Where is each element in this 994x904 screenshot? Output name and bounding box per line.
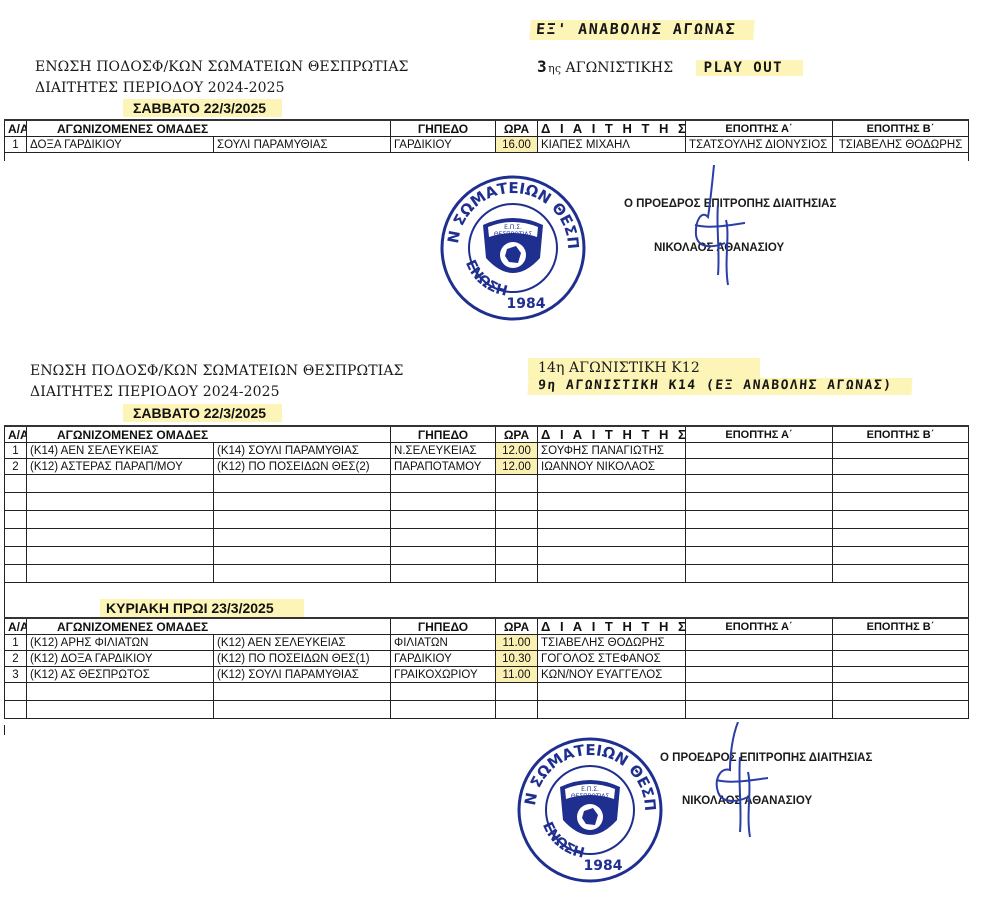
empty-row xyxy=(5,683,969,701)
kickoff-time: 10.30 xyxy=(496,651,538,667)
row-number: 2 xyxy=(5,651,27,667)
assistant-b xyxy=(833,667,969,683)
away-team: (Κ12) ΣΟΥΛΙ ΠΑΡΑΜΥΘΙΑΣ xyxy=(214,667,391,683)
empty-cell xyxy=(538,701,686,719)
table-header: Α/ΑΑΓΩΝΙΖΟΜΕΝΕΣ ΟΜΑΔΕΣΓΗΠΕΔΟΩΡΑΔ Ι Α Ι Τ… xyxy=(5,618,969,635)
row-number: 1 xyxy=(5,443,27,459)
header-stadium: ΓΗΠΕΔΟ xyxy=(391,426,496,443)
day-label-saturday-1: ΣΑΒΒΑΤΟ 22/3/2025 xyxy=(123,99,282,117)
empty-row xyxy=(5,565,969,583)
empty-cell xyxy=(496,493,538,511)
table-continuation-lines xyxy=(4,153,969,161)
header-assistant-b: ΕΠΟΠΤΗΣ Β΄ xyxy=(833,120,969,137)
empty-cell xyxy=(686,475,833,493)
assistant-a xyxy=(686,667,833,683)
empty-cell xyxy=(391,493,496,511)
table-header: Α/ΑΑΓΩΝΙΖΟΜΕΝΕΣ ΟΜΑΔΕΣΓΗΠΕΔΟΩΡΑΔ Ι Α Ι Τ… xyxy=(5,426,969,443)
empty-cell xyxy=(538,493,686,511)
empty-cell xyxy=(5,529,27,547)
empty-cell xyxy=(496,547,538,565)
postponed-match-note: ΕΞ' ΑΝΑΒΟΛΗΣ ΑΓΩΝΑΣ xyxy=(529,20,754,40)
empty-cell xyxy=(214,493,391,511)
referee: ΤΣΙΑΒΕΛΗΣ ΘΟΔΩΡΗΣ xyxy=(538,635,686,651)
empty-cell xyxy=(833,511,969,529)
header-time: ΩΡΑ xyxy=(496,618,538,635)
empty-cell xyxy=(27,683,214,701)
empty-cell xyxy=(496,565,538,583)
assistant-b xyxy=(833,443,969,459)
empty-cell xyxy=(5,547,27,565)
away-team: (Κ14) ΣΟΥΛΙ ΠΑΡΑΜΥΘΙΑΣ xyxy=(214,443,391,459)
empty-cell xyxy=(214,511,391,529)
empty-cell xyxy=(214,701,391,719)
header-referee: Δ Ι Α Ι Τ Η Τ Η Σ xyxy=(538,120,686,137)
table-row: 1ΔΟΞΑ ΓΑΡΔΙΚΙΟΥΣΟΥΛΙ ΠΑΡΑΜΥΘΙΑΣΓΑΡΔΙΚΙΟΥ… xyxy=(5,137,969,153)
empty-cell xyxy=(214,565,391,583)
kickoff-time: 11.00 xyxy=(496,667,538,683)
org-title-2: ΕΝΩΣΗ ΠΟΔΟΣΦ/ΚΩΝ ΣΩΜΑΤΕΙΩΝ ΘΕΣΠΡΩΤΙΑΣ xyxy=(30,361,404,382)
empty-cell xyxy=(686,529,833,547)
empty-cell xyxy=(833,547,969,565)
table-header: Α/ΑΑΓΩΝΙΖΟΜΕΝΕΣ ΟΜΑΔΕΣΓΗΠΕΔΟΩΡΑΔ Ι Α Ι Τ… xyxy=(5,120,969,137)
empty-cell xyxy=(538,529,686,547)
table-row: 2(Κ12) ΑΣΤΕΡΑΣ ΠΑΡΑΠ/ΜΟΥ(Κ12) ΠΟ ΠΟΣΕΙΔΩ… xyxy=(5,459,969,475)
svg-text:ΘΕΣΠΡΩΤΙΑΣ: ΘΕΣΠΡΩΤΙΑΣ xyxy=(494,231,533,238)
stadium: ΠΑΡΑΠΟΤΑΜΟΥ xyxy=(391,459,496,475)
empty-cell xyxy=(391,529,496,547)
round-label: 3ης ΑΓΩΝΙΣΤΙΚΗΣ PLAY OUT xyxy=(537,57,803,79)
empty-cell xyxy=(686,547,833,565)
stadium: ΦΙΛΙΑΤΩΝ xyxy=(391,635,496,651)
assistant-b xyxy=(833,459,969,475)
empty-cell xyxy=(5,565,27,583)
empty-cell xyxy=(5,475,27,493)
header-time: ΩΡΑ xyxy=(496,120,538,137)
empty-cell xyxy=(538,683,686,701)
org-title: ΕΝΩΣΗ ΠΟΔΟΣΦ/ΚΩΝ ΣΩΜΑΤΕΙΩΝ ΘΕΣΠΡΩΤΙΑΣ xyxy=(35,57,409,78)
empty-cell xyxy=(833,529,969,547)
table-row: 1(Κ14) ΑΕΝ ΣΕΛΕΥΚΕΙΑΣ(Κ14) ΣΟΥΛΙ ΠΑΡΑΜΥΘ… xyxy=(5,443,969,459)
empty-cell xyxy=(27,565,214,583)
home-team: (Κ12) ΔΟΞΑ ΓΑΡΔΙΚΙΟΥ xyxy=(27,651,214,667)
empty-cell xyxy=(686,493,833,511)
empty-row xyxy=(5,701,969,719)
empty-cell xyxy=(833,565,969,583)
empty-cell xyxy=(538,565,686,583)
assistant-a xyxy=(686,635,833,651)
row-number: 1 xyxy=(5,137,27,153)
home-team: (Κ14) ΑΕΝ ΣΕΛΕΥΚΕΙΑΣ xyxy=(27,443,214,459)
referee: ΓΟΓΟΛΟΣ ΣΤΕΦΑΝΟΣ xyxy=(538,651,686,667)
empty-cell xyxy=(27,511,214,529)
svg-text:Ε.Π.Σ.: Ε.Π.Σ. xyxy=(581,786,599,793)
svg-text:1984: 1984 xyxy=(584,858,623,874)
empty-cell xyxy=(391,565,496,583)
referee: ΣΟΥΦΗΣ ΠΑΝΑΓΙΩΤΗΣ xyxy=(538,443,686,459)
away-team: (Κ12) ΠΟ ΠΟΣΕΙΔΩΝ ΘΕΣ(1) xyxy=(214,651,391,667)
round-number: 3 xyxy=(537,57,548,76)
empty-row xyxy=(5,475,969,493)
kickoff-time: 16.00 xyxy=(496,137,538,153)
empty-cell xyxy=(496,475,538,493)
home-team: (Κ12) ΑΡΗΣ ΦΙΛΙΑΤΩΝ xyxy=(27,635,214,651)
header-no: Α/Α xyxy=(5,426,27,443)
empty-cell xyxy=(686,565,833,583)
schedule-table-sunday: Α/ΑΑΓΩΝΙΖΟΜΕΝΕΣ ΟΜΑΔΕΣΓΗΠΕΔΟΩΡΑΔ Ι Α Ι Τ… xyxy=(4,617,969,719)
empty-cell xyxy=(214,475,391,493)
round-k14-note: 9η ΑΓΩΝΙΣΤΙΚΗ Κ14 (ΕΞ ΑΝΑΒΟΛΗΣ ΑΓΩΝΑΣ) xyxy=(527,378,913,395)
header-referee: Δ Ι Α Ι Τ Η Τ Η Σ xyxy=(538,426,686,443)
away-team: (Κ12) ΠΟ ΠΟΣΕΙΔΩΝ ΘΕΣ(2) xyxy=(214,459,391,475)
header-stadium: ΓΗΠΕΔΟ xyxy=(391,120,496,137)
header-assistant-a: ΕΠΟΠΤΗΣ Α΄ xyxy=(686,618,833,635)
empty-cell xyxy=(686,511,833,529)
stadium: Ν.ΣΕΛΕΥΚΕΙΑΣ xyxy=(391,443,496,459)
signature-scribble xyxy=(690,165,750,290)
empty-cell xyxy=(214,683,391,701)
empty-cell xyxy=(833,701,969,719)
stadium: ΓΑΡΔΙΚΙΟΥ xyxy=(391,651,496,667)
empty-row xyxy=(5,493,969,511)
empty-cell xyxy=(833,683,969,701)
svg-text:Ε.Π.Σ.: Ε.Π.Σ. xyxy=(504,224,522,231)
schedule-table-saturday: Α/ΑΑΓΩΝΙΖΟΜΕΝΕΣ ΟΜΑΔΕΣΓΗΠΕΔΟΩΡΑΔ Ι Α Ι Τ… xyxy=(4,425,969,583)
empty-cell xyxy=(391,701,496,719)
season-title: ΔΙΑΙΤΗΤΕΣ ΠΕΡΙΟΔΟΥ 2024-2025 xyxy=(35,78,285,99)
empty-row xyxy=(5,511,969,529)
kickoff-time: 12.00 xyxy=(496,459,538,475)
empty-cell xyxy=(391,475,496,493)
play-out-note: PLAY OUT xyxy=(696,60,803,76)
empty-cell xyxy=(496,511,538,529)
day-label-saturday-2: ΣΑΒΒΑΤΟ 22/3/2025 xyxy=(123,404,282,422)
empty-cell xyxy=(214,529,391,547)
schedule-table-playout: Α/ΑΑΓΩΝΙΖΟΜΕΝΕΣ ΟΜΑΔΕΣΓΗΠΕΔΟΩΡΑΔ Ι Α Ι Τ… xyxy=(4,119,969,153)
home-team: (Κ12) ΑΣΤΕΡΑΣ ΠΑΡΑΠ/ΜΟΥ xyxy=(27,459,214,475)
assistant-b xyxy=(833,651,969,667)
referee: ΚΩΝ/ΝΟΥ ΕΥΑΓΓΕΛΟΣ xyxy=(538,667,686,683)
empty-cell xyxy=(391,547,496,565)
empty-cell xyxy=(833,475,969,493)
header-assistant-a: ΕΠΟΠΤΗΣ Α΄ xyxy=(686,120,833,137)
stadium: ΓΑΡΔΙΚΙΟΥ xyxy=(391,137,496,153)
day-label-sunday: ΚΥΡΙΑΚΗ ΠΡΩΙ 23/3/2025 xyxy=(100,599,304,617)
header-assistant-a: ΕΠΟΠΤΗΣ Α΄ xyxy=(686,426,833,443)
empty-cell xyxy=(214,547,391,565)
header-referee: Δ Ι Α Ι Τ Η Τ Η Σ xyxy=(538,618,686,635)
header-time: ΩΡΑ xyxy=(496,426,538,443)
empty-cell xyxy=(496,529,538,547)
header-teams: ΑΓΩΝΙΖΟΜΕΝΕΣ ΟΜΑΔΕΣ xyxy=(27,120,391,137)
assistant-a: ΤΣΑΤΣΟΥΛΗΣ ΔΙΟΝΥΣΙΟΣ xyxy=(686,137,833,153)
empty-cell xyxy=(538,511,686,529)
empty-row xyxy=(5,547,969,565)
empty-cell xyxy=(391,683,496,701)
away-team: (Κ12) ΑΕΝ ΣΕΛΕΥΚΕΙΑΣ xyxy=(214,635,391,651)
empty-cell xyxy=(5,701,27,719)
row-number: 1 xyxy=(5,635,27,651)
home-team: ΔΟΞΑ ΓΑΡΔΙΚΙΟΥ xyxy=(27,137,214,153)
header-teams: ΑΓΩΝΙΖΟΜΕΝΕΣ ΟΜΑΔΕΣ xyxy=(27,618,391,635)
table-row: 2(Κ12) ΔΟΞΑ ΓΑΡΔΙΚΙΟΥ(Κ12) ΠΟ ΠΟΣΕΙΔΩΝ Θ… xyxy=(5,651,969,667)
assistant-a xyxy=(686,459,833,475)
referee: ΙΩΑΝΝΟΥ ΝΙΚΟΛΑΟΣ xyxy=(538,459,686,475)
empty-cell xyxy=(391,511,496,529)
kickoff-time: 11.00 xyxy=(496,635,538,651)
empty-cell xyxy=(833,493,969,511)
round-k12: 14η ΑΓΩΝΙΣΤΙΚΗ Κ12 xyxy=(528,358,760,379)
assistant-b xyxy=(833,635,969,651)
empty-cell xyxy=(5,511,27,529)
empty-cell xyxy=(538,547,686,565)
header-assistant-b: ΕΠΟΠΤΗΣ Β΄ xyxy=(833,618,969,635)
empty-cell xyxy=(27,701,214,719)
assistant-b: ΤΣΙΑΒΕΛΗΣ ΘΟΔΩΡΗΣ xyxy=(833,137,969,153)
round-word: ΑΓΩΝΙΣΤΙΚΗΣ xyxy=(566,60,674,76)
stadium: ΓΡΑΙΚΟΧΩΡΙΟΥ xyxy=(391,667,496,683)
away-team: ΣΟΥΛΙ ΠΑΡΑΜΥΘΙΑΣ xyxy=(214,137,391,153)
signature-scribble-2 xyxy=(710,722,770,842)
empty-cell xyxy=(538,475,686,493)
association-stamp: ΠΟΔ/ΚΩΝ ΣΩΜΑΤΕΙΩΝ ΘΕΣΠΡΩΤΙΑΣ ΕΝΩΣΗ 1984 … xyxy=(438,173,588,323)
empty-row xyxy=(5,529,969,547)
referee: ΚΙΑΠΕΣ ΜΙΧΑΗΛ xyxy=(538,137,686,153)
empty-cell xyxy=(27,547,214,565)
round-suffix: ης xyxy=(548,62,561,75)
association-stamp-2: ΠΟΔ/ΚΩΝ ΣΩΜΑΤΕΙΩΝ ΘΕΣΠΡΩΤΙΑΣ ΕΝΩΣΗ 1984 … xyxy=(515,735,665,885)
header-no: Α/Α xyxy=(5,618,27,635)
header-teams: ΑΓΩΝΙΖΟΜΕΝΕΣ ΟΜΑΔΕΣ xyxy=(27,426,391,443)
empty-cell xyxy=(686,701,833,719)
empty-cell xyxy=(496,683,538,701)
home-team: (Κ12) ΑΣ ΘΕΣΠΡΩΤΟΣ xyxy=(27,667,214,683)
svg-text:ΘΕΣΠΡΩΤΙΑΣ: ΘΕΣΠΡΩΤΙΑΣ xyxy=(571,793,610,800)
row-number: 3 xyxy=(5,667,27,683)
empty-cell xyxy=(5,493,27,511)
empty-cell xyxy=(496,701,538,719)
table-row: 1(Κ12) ΑΡΗΣ ΦΙΛΙΑΤΩΝ(Κ12) ΑΕΝ ΣΕΛΕΥΚΕΙΑΣ… xyxy=(5,635,969,651)
row-number: 2 xyxy=(5,459,27,475)
assistant-a xyxy=(686,651,833,667)
header-assistant-b: ΕΠΟΠΤΗΣ Β΄ xyxy=(833,426,969,443)
svg-text:1984: 1984 xyxy=(507,296,546,312)
header-stadium: ΓΗΠΕΔΟ xyxy=(391,618,496,635)
table-row: 3(Κ12) ΑΣ ΘΕΣΠΡΩΤΟΣ(Κ12) ΣΟΥΛΙ ΠΑΡΑΜΥΘΙΑ… xyxy=(5,667,969,683)
left-border-tail xyxy=(4,725,5,735)
season-title-2: ΔΙΑΙΤΗΤΕΣ ΠΕΡΙΟΔΟΥ 2024-2025 xyxy=(30,382,280,403)
empty-cell xyxy=(5,683,27,701)
empty-cell xyxy=(686,683,833,701)
assistant-a xyxy=(686,443,833,459)
header-no: Α/Α xyxy=(5,120,27,137)
kickoff-time: 12.00 xyxy=(496,443,538,459)
empty-cell xyxy=(27,493,214,511)
empty-cell xyxy=(27,475,214,493)
empty-cell xyxy=(27,529,214,547)
